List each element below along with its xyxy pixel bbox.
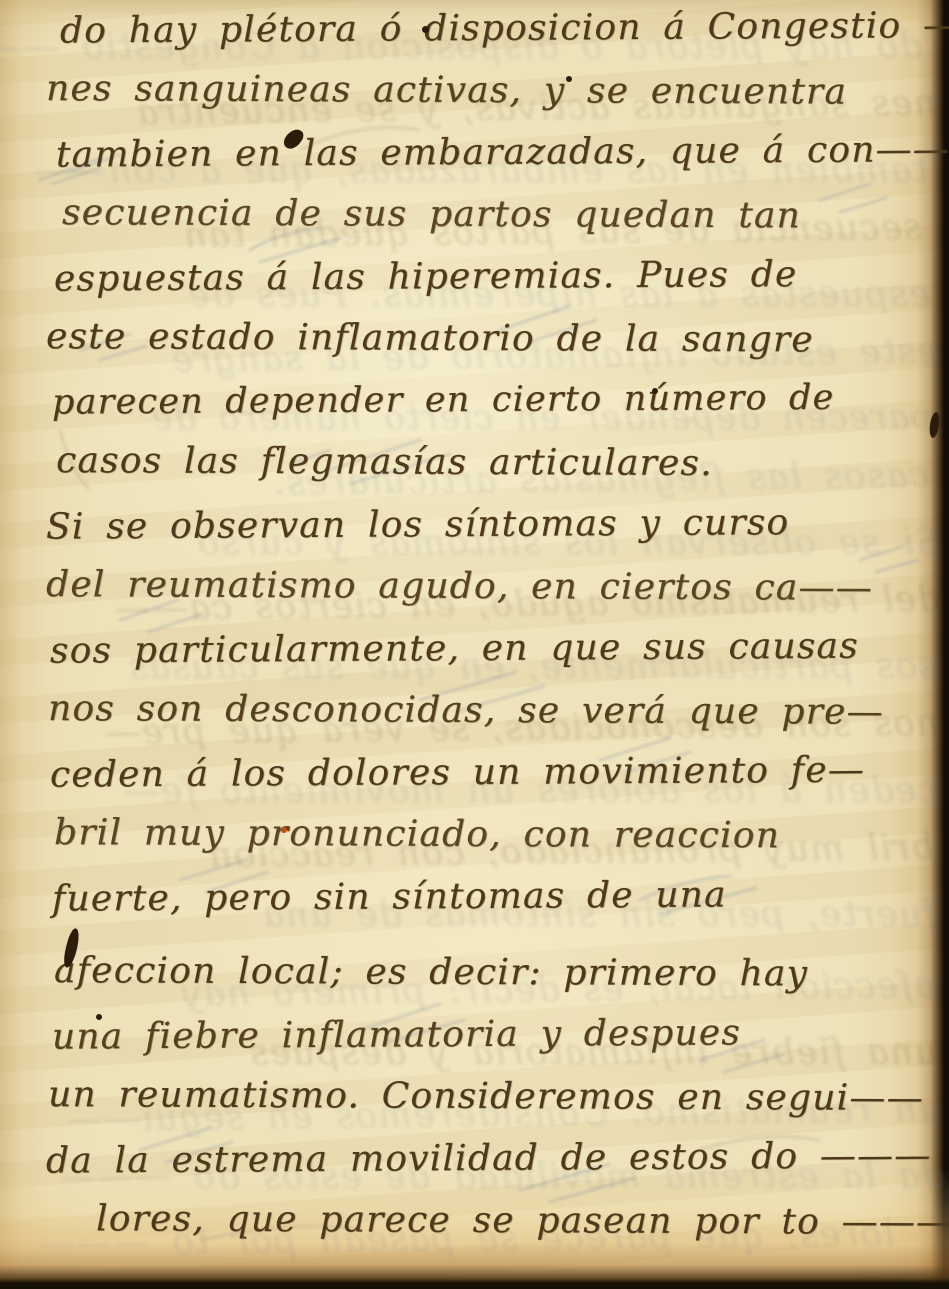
manuscript-line: da la estrema movilidad de estos do ——— <box>46 1135 915 1202</box>
manuscript-line: sos particularmente, en que sus causas <box>46 625 915 692</box>
manuscript-line: del reumatismo agudo, en ciertos ca—— <box>46 564 915 630</box>
manuscript-page: do hay plétora ó disposicion á Congestio… <box>0 0 949 1289</box>
manuscript-line: fuerte, pero sin síntomas de una <box>46 873 915 940</box>
manuscript-line: Si se observan los síntomas y curso <box>46 501 915 568</box>
manuscript-line: casos las flegmasías articulares. <box>46 440 915 506</box>
manuscript-line: nes sanguineas activas, y se encuentra <box>46 68 915 134</box>
manuscript-line: lores, que parece se pasean por to ——— <box>46 1198 915 1264</box>
ink-blot <box>928 412 941 439</box>
manuscript-line: espuestas á las hiperemias. Pues de <box>46 253 915 320</box>
manuscript-line: un reumatismo. Consideremos en segui—— <box>46 1074 915 1140</box>
manuscript-line: una fiebre inflamatoria y despues <box>46 1011 915 1078</box>
manuscript-line: secuencia de sus partos quedan tan <box>46 192 915 258</box>
manuscript-line: tambien en las embarazadas, que á con—— <box>46 129 915 196</box>
manuscript-line: bril muy pronunciado, con reaccion <box>46 812 915 878</box>
manuscript-line: parecen depender en cierto número de <box>46 377 915 444</box>
manuscript-line: afeccion local; es decir: primero hay <box>46 950 915 1016</box>
manuscript-line: ceden á los dolores un movimiento fe— <box>46 749 915 816</box>
manuscript-line: este estado inflamatorio de la sangre <box>46 316 915 382</box>
manuscript-line: do hay plétora ó disposicion á Congestio… <box>46 5 915 72</box>
manuscript-line: nos son desconocidas, se verá que pre— <box>46 688 915 754</box>
text-layer: do hay plétora ó disposicion á Congestio… <box>46 8 915 1262</box>
